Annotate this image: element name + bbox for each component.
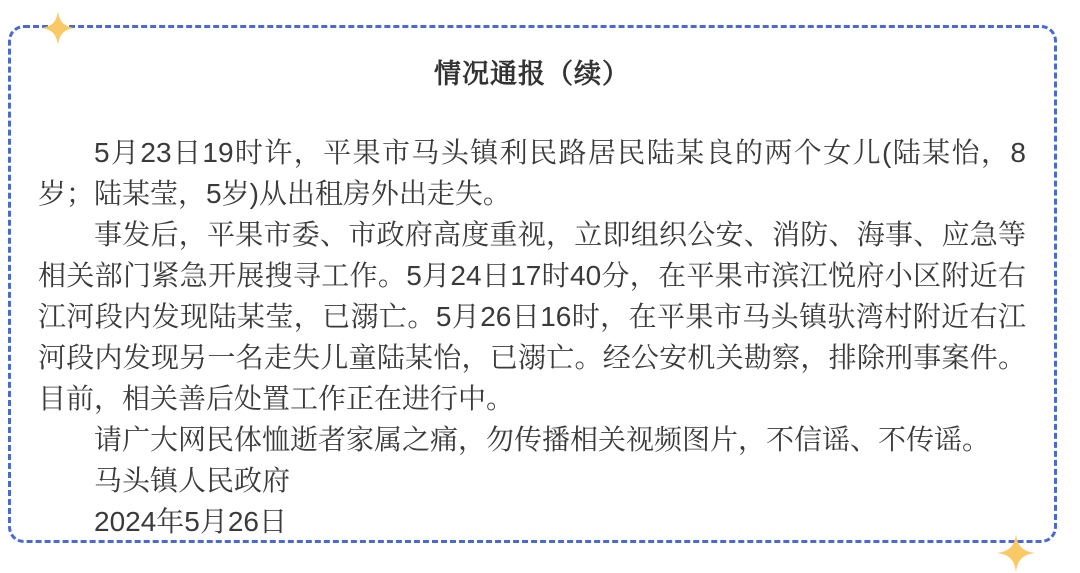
notice-paragraph-3: 请广大网民体恤逝者家属之痛，勿传播相关视频图片，不信谣、不传谣。 [38,419,1026,460]
notice-signature: 马头镇人民政府 [38,460,1026,501]
notice-paragraph-2: 事发后，平果市委、市政府高度重视，立即组织公安、消防、海事、应急等相关部门紧急开… [38,214,1026,419]
notice-card: 情况通报（续） 5月23日19时许，平果市马头镇利民路居民陆某良的两个女儿(陆某… [8,25,1057,543]
notice-paragraph-1: 5月23日19时许，平果市马头镇利民路居民陆某良的两个女儿(陆某怡，8岁；陆某莹… [38,132,1026,214]
notice-title: 情况通报（续） [38,58,1026,90]
notice-date: 2024年5月26日 [38,501,1026,542]
sparkle-icon [41,9,75,47]
notice-body: 5月23日19时许，平果市马头镇利民路居民陆某良的两个女儿(陆某怡，8岁；陆某莹… [38,132,1026,542]
